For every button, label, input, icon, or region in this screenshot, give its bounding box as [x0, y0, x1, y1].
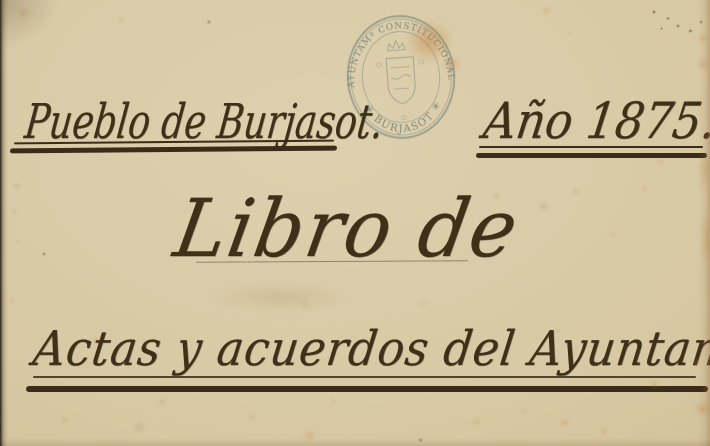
- blemish-spot: [572, 188, 580, 195]
- page-edge-bottom: [0, 438, 710, 446]
- actas-underline-thick: [26, 386, 708, 392]
- blemish-spot: [158, 398, 167, 406]
- year-underline-thin: [479, 146, 703, 148]
- blemish-spot: [472, 418, 482, 426]
- blemish-spot: [566, 30, 572, 35]
- blemish-spot: [42, 252, 46, 256]
- page-edge-right: [698, 0, 710, 446]
- actas-underline-thin: [33, 376, 696, 378]
- blemish-spot: [330, 398, 337, 404]
- blemish-spot: [560, 418, 570, 427]
- blemish-spot: [420, 300, 428, 307]
- ink-bleed-ghost: [210, 282, 350, 312]
- blemish-spot: [9, 298, 16, 305]
- blemish-spot: [600, 428, 609, 436]
- actas-title-text: Actas y acuerdos del Ayuntam: [30, 321, 710, 377]
- blemish-spot: [60, 416, 69, 424]
- blemish-spot: [656, 158, 666, 166]
- blemish-spot: [538, 202, 549, 211]
- actas-title: Actas y acuerdos del Ayuntamto: [30, 321, 710, 377]
- blemish-spot: [652, 10, 656, 14]
- blemish-spot: [688, 29, 693, 33]
- blemish-spot: [133, 422, 145, 432]
- blemish-spot: [660, 27, 663, 30]
- page-corner-shadow: [0, 0, 60, 50]
- year-underline-thick: [476, 153, 707, 158]
- page-edge-left-binding: [0, 0, 8, 446]
- blemish-spot: [540, 6, 552, 15]
- blemish-spot: [666, 17, 670, 20]
- manuscript-cover-page: AYUNTAMº CONSTITUCIONAL ✳ BURJASOT ✳ Pue…: [0, 0, 710, 446]
- blemish-spot: [248, 414, 256, 421]
- blemish-spot: [14, 238, 20, 244]
- blemish-spot: [610, 232, 617, 238]
- blemish-spot: [118, 16, 126, 23]
- blemish-spot: [207, 20, 211, 24]
- blemish-spot: [11, 208, 18, 214]
- blemish-spot: [640, 185, 649, 193]
- blemish-spot: [676, 24, 680, 28]
- blemish-spot: [520, 408, 527, 414]
- blemish-spot: [12, 182, 21, 190]
- year-title: Año 1875.: [480, 92, 710, 150]
